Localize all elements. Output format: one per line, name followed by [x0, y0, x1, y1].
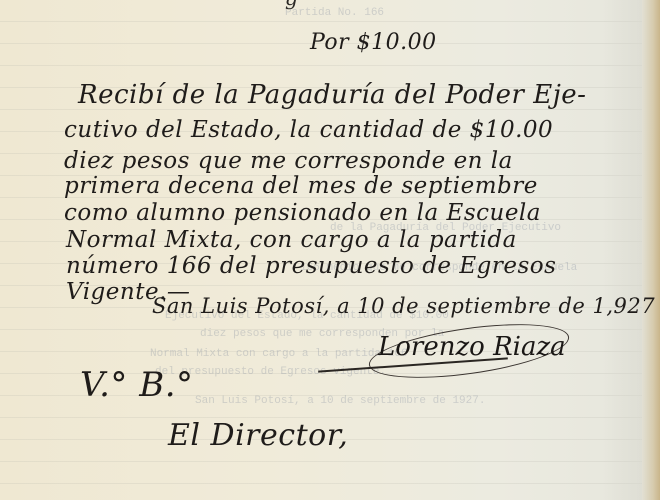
amount-header: Por $10.00	[310, 30, 437, 55]
body-line: número 166 del presupuesto de Egresos	[66, 253, 556, 279]
bleed-line: Normal Mixta con cargo a la partida 166	[150, 348, 407, 360]
body-line: Normal Mixta, con cargo a la partida	[66, 227, 517, 253]
page-fold-shadow	[602, 0, 642, 500]
body-line: diez pesos que me corresponde en la	[64, 148, 513, 174]
bleed-line: Partida No. 166	[285, 7, 384, 19]
approver-title: El Director,	[168, 418, 348, 453]
signature: Lorenzo Riaza	[378, 332, 566, 362]
body-line: como alumno pensionado en la Escuela	[64, 200, 541, 226]
bleed-line: San Luis Potosí, a 10 de septiembre de 1…	[195, 395, 485, 407]
top-fragment: g	[285, 0, 298, 10]
place-date: San Luis Potosí, a 10 de septiembre de 1…	[152, 294, 655, 318]
body-line: cutivo del Estado, la cantidad de $10.00	[64, 117, 553, 143]
approval-mark: V.° B.°	[80, 365, 194, 405]
body-line: primera decena del mes de septiembre	[64, 173, 538, 199]
page-edge	[642, 0, 660, 500]
body-line: Recibí de la Pagaduría del Poder Eje-	[78, 80, 586, 110]
